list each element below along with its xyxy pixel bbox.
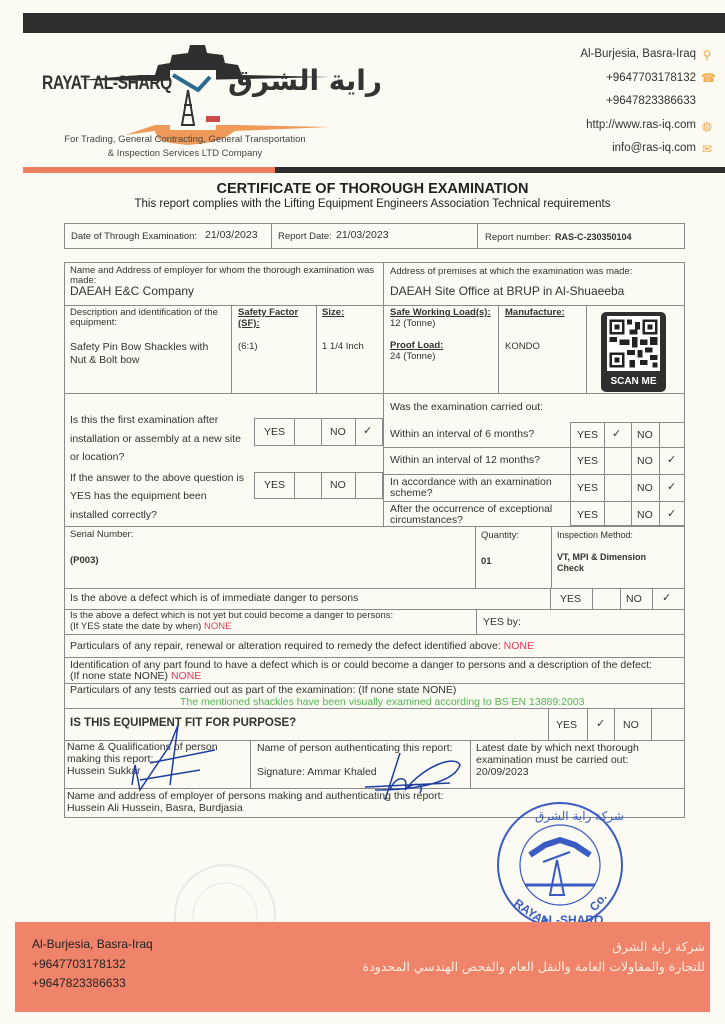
footer-arabic: شركة راية الشرق للتجارة والمقاولات العام…: [363, 937, 705, 977]
swl-value: 12 (Tonne): [390, 318, 435, 329]
proof-load-value: 24 (Tonne): [390, 351, 435, 362]
report-number: RAS-C-230350104: [555, 232, 632, 243]
certificate-subtitle: This report complies with the Lifting Eq…: [0, 198, 725, 210]
q-6m-yes: YES: [577, 429, 598, 442]
size-value: 1 1/4 Inch: [322, 341, 364, 352]
q-first-yes: YES: [264, 426, 285, 439]
swl-label: Safe Working Load(s):: [390, 307, 491, 318]
certificate-title: CERTIFICATE OF THOROUGH EXAMINATION: [0, 181, 725, 197]
header-rule-dark: [275, 167, 725, 173]
quantity-label: Quantity:: [481, 530, 519, 541]
ident-line-2: (If none state NONE) NONE: [70, 670, 201, 683]
carried-out-label: Was the examination carried out:: [390, 401, 543, 414]
repair-value: NONE: [504, 640, 534, 652]
contact-text: +9647703178132: [606, 67, 696, 91]
footer-contacts: Al-Burjesia, Basra-Iraq +9647703178132 +…: [32, 935, 153, 994]
svg-text:Co.: Co.: [587, 890, 610, 914]
ident-hint: (If none state NONE): [70, 670, 168, 682]
q-first-line-1: Is this the first examination after: [70, 414, 218, 427]
footer-phone-2: +9647823386633: [32, 974, 153, 994]
q-exceptional-yes: YES: [577, 509, 598, 522]
contact-address: Al-Burjesia, Basra-Iraq⚲: [580, 43, 713, 67]
q-installed-yes: YES: [264, 479, 285, 492]
serial-number: (P003): [70, 555, 99, 566]
contact-text: +9647823386633: [606, 90, 696, 114]
q-scheme-yes: YES: [577, 482, 598, 495]
quantity-value: 01: [481, 556, 492, 567]
q-6m-no: NO: [637, 429, 653, 442]
proof-load-label: Proof Load:: [390, 340, 443, 351]
q-12-months: Within an interval of 12 months?: [390, 454, 540, 467]
check-icon: ✓: [667, 453, 676, 466]
website-link[interactable]: http://www.ras-iq.com: [586, 114, 696, 138]
q-first-no: NO: [330, 426, 346, 439]
employer-name: DAEAH E&C Company: [70, 286, 194, 297]
check-icon: ✓: [612, 427, 621, 440]
tagline-line-1: For Trading, General Contracting, Genera…: [30, 133, 340, 147]
check-icon: ✓: [662, 591, 671, 604]
company-name-en: RAYAT AL-SHARQ: [42, 73, 172, 95]
exam-date-label: Date of Through Examination:: [71, 231, 197, 242]
premises-address: DAEAH Site Office at BRUP in Al-Shuaeeba: [390, 286, 624, 297]
report-date-label: Report Date:: [278, 231, 332, 242]
premises-label: Address of premises at which the examina…: [390, 266, 632, 277]
header-rule-orange: [23, 167, 275, 173]
footer-address: Al-Burjesia, Basra-Iraq: [32, 935, 153, 955]
next-exam-date: 20/09/2023: [476, 766, 529, 779]
check-icon: ✓: [596, 717, 605, 730]
q-first-line-2: installation or assembly at a new site: [70, 433, 241, 446]
tagline-line-2: & Inspection Services LTD Company: [30, 147, 340, 161]
footer-arabic-line-1: شركة راية الشرق: [363, 937, 705, 957]
signature-maker-icon: [120, 715, 230, 795]
qr-code-icon: [607, 316, 660, 371]
q-installed-line-3: installed correctly?: [70, 509, 157, 522]
q-immediate-danger: Is the above a defect which is of immedi…: [70, 592, 358, 605]
method-label: Inspection Method:: [557, 530, 633, 541]
contact-phone-1: +9647703178132☎: [580, 67, 713, 91]
contact-email[interactable]: info@ras-iq.com✉: [580, 137, 713, 161]
fit-yes: YES: [556, 719, 577, 732]
report-date: 21/03/2023: [336, 229, 389, 242]
size-label: Size:: [322, 307, 344, 318]
company-name-ar: راية الشرق: [228, 64, 382, 97]
q-scheme-no: NO: [637, 482, 653, 495]
contact-block: Al-Burjesia, Basra-Iraq⚲ +9647703178132☎…: [580, 43, 713, 161]
manufacture-value: KONDO: [505, 341, 540, 352]
tests-value: The mentioned shackles have been visuall…: [180, 696, 585, 709]
envelope-icon: ✉: [701, 143, 713, 155]
svg-text:شركة راية الشرق: شركة راية الشرق: [535, 809, 624, 824]
repair-line: Particulars of any repair, renewal or al…: [70, 640, 534, 653]
employer-makers-value: Hussein Ali Hussein, Basra, Burdjasia: [67, 802, 243, 815]
ident-value: NONE: [171, 670, 201, 682]
safety-factor-label: Safety Factor: [238, 307, 298, 318]
footer-phone-1: +9647703178132: [32, 955, 153, 975]
location-pin-icon: ⚲: [701, 49, 713, 61]
manufacture-label: Manufacture:: [505, 307, 565, 318]
q-12m-yes: YES: [577, 455, 598, 468]
globe-icon: ◍: [701, 120, 713, 132]
serial-label: Serial Number:: [70, 529, 133, 540]
q-future-line-2: (If YES state the date by when) NONE: [70, 621, 231, 632]
q-scheme-line-2: scheme?: [390, 487, 433, 500]
check-icon: ✓: [667, 507, 676, 520]
q-12m-no: NO: [637, 455, 653, 468]
q-future-line-1: Is the above a defect which is not yet b…: [70, 610, 393, 621]
equipment-description-1: Safety Pin Bow Shackles with: [70, 341, 208, 354]
fit-no: NO: [623, 719, 639, 732]
header-top-bar: [23, 13, 725, 33]
qr-label: SCAN ME: [601, 376, 666, 387]
q-future-hint: (If YES state the date by when): [70, 621, 201, 632]
safety-factor-label-2: (SF):: [238, 318, 260, 329]
check-icon: ✓: [363, 424, 372, 437]
footer-arabic-line-2: للتجارة والمقاولات العامة والنقل العام و…: [363, 957, 705, 977]
q-immediate-no: NO: [626, 593, 642, 606]
company-tagline: For Trading, General Contracting, Genera…: [30, 133, 340, 161]
contact-text: Al-Burjesia, Basra-Iraq: [580, 43, 696, 67]
q-future-value: NONE: [204, 621, 231, 632]
safety-factor-value: (6:1): [238, 341, 258, 352]
q-exceptional-no: NO: [637, 509, 653, 522]
contact-website[interactable]: http://www.ras-iq.com◍: [580, 114, 713, 138]
q-installed-line-1: If the answer to the above question is: [70, 472, 244, 485]
company-stamp-icon: RAYAT AL-SHARQ Co. شركة راية الشرق: [495, 800, 625, 930]
report-number-label: Report number:: [485, 232, 551, 243]
email-link[interactable]: info@ras-iq.com: [612, 137, 696, 161]
method-line-1: VT, MPI & Dimension: [557, 552, 646, 563]
employer-label: Name and Address of employer for whom th…: [70, 265, 374, 276]
contact-phone-2: +9647823386633.: [580, 90, 713, 114]
q-6-months: Within an interval of 6 months?: [390, 428, 534, 441]
phone-icon: ☎: [701, 72, 713, 84]
repair-label: Particulars of any repair, renewal or al…: [70, 640, 501, 652]
equipment-description-2: Nut & Bolt bow: [70, 354, 139, 367]
q-first-line-3: or location?: [70, 451, 124, 464]
q-immediate-yes: YES: [560, 593, 581, 606]
q-installed-no: NO: [330, 479, 346, 492]
yes-by-label: YES by:: [483, 616, 521, 629]
method-line-2: Check: [557, 563, 584, 574]
check-icon: ✓: [667, 480, 676, 493]
q-installed-line-2: YES has the equipment been: [70, 490, 207, 503]
exam-date: 21/03/2023: [205, 229, 258, 242]
description-label-2: equipment:: [70, 317, 117, 328]
q-exceptional-line-2: circumstances?: [390, 514, 463, 527]
